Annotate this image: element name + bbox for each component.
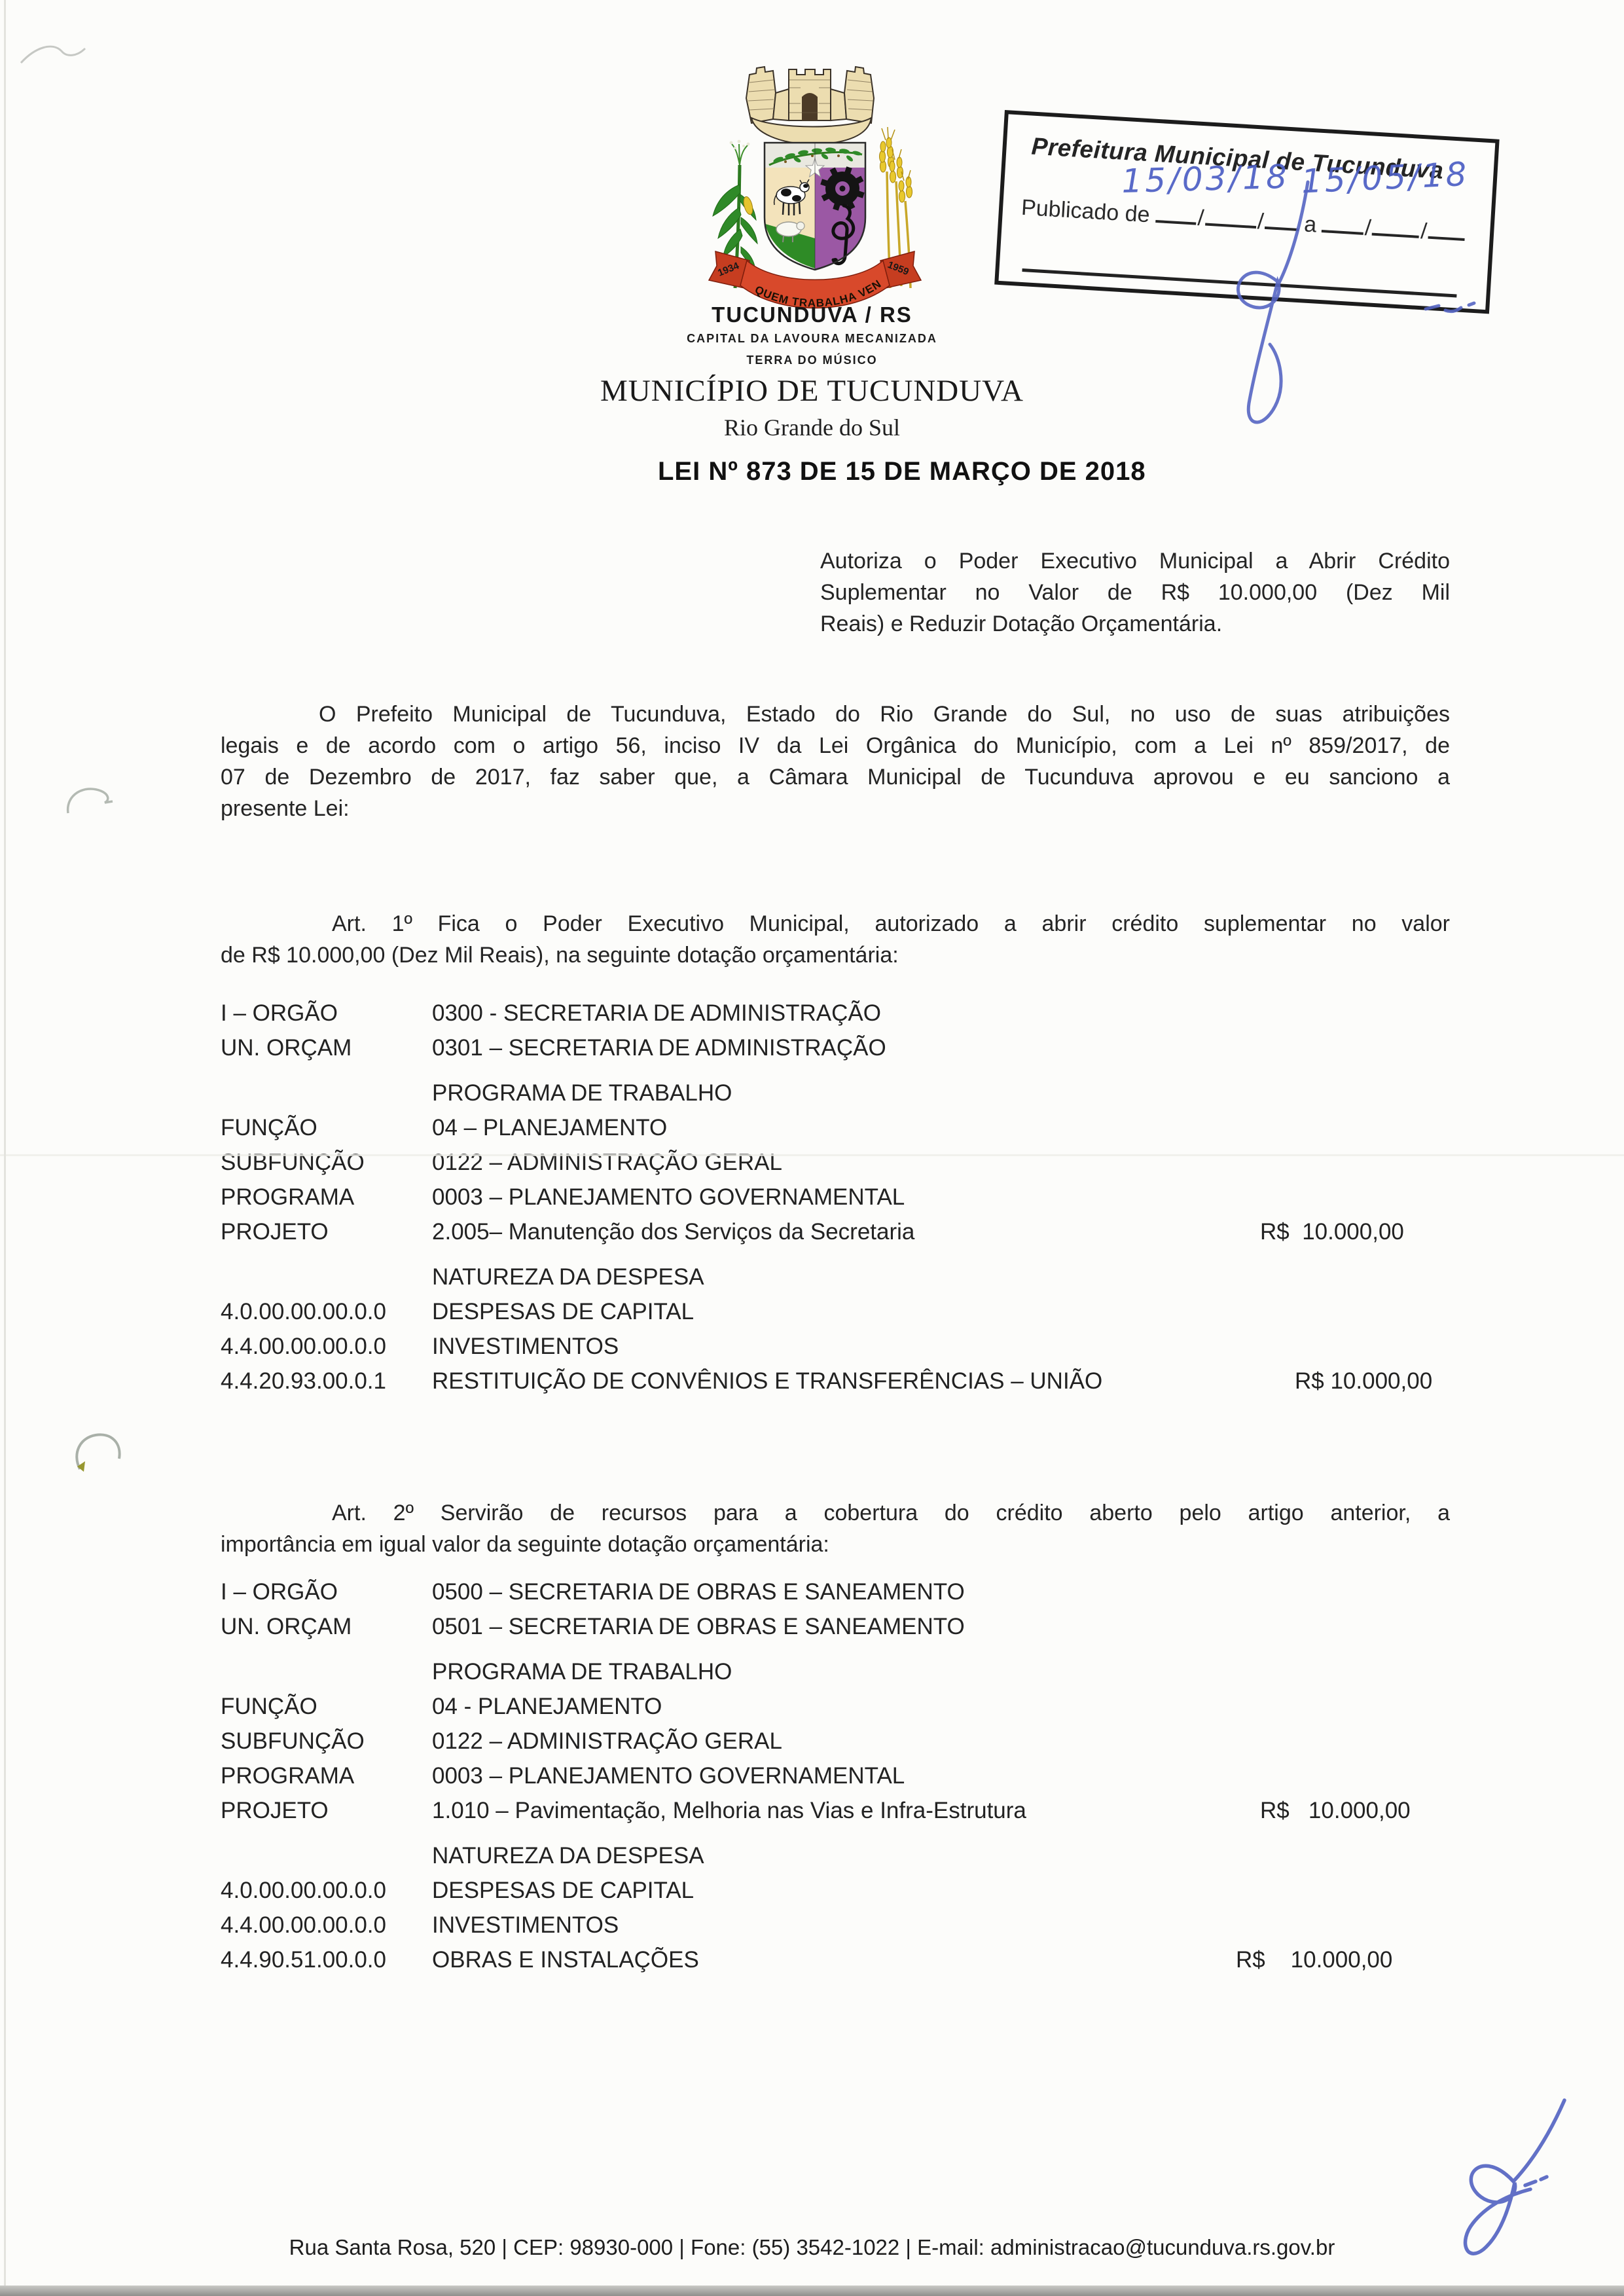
budget-section-heading: NATUREZA DA DESPESA [221,1264,1451,1297]
budget-row: FUNÇÃO04 - PLANEJAMENTO [221,1694,1451,1726]
amount-value: R$ 10.000,00 [1260,1219,1404,1245]
date-blank [1322,210,1365,235]
handwritten-date-to: 15/05/18 [1301,155,1470,201]
article-1-line: de R$ 10.000,00 (Dez Mil Reais), na segu… [221,943,1450,974]
svg-text:QUEM TRABALHA VENCE: QUEM TRABALHA VENCE [691,60,884,310]
budget-row: SUBFUNÇÃO0122 – ADMINISTRAÇÃO GERAL [221,1150,1451,1182]
amount-value: R$ 10.000,00 [1236,1947,1392,1973]
budget-section-heading: PROGRAMA DE TRABALHO [221,1080,1451,1113]
ribbon-motto: QUEM TRABALHA VENCE [691,60,884,310]
budget-row: PROGRAMA0003 – PLANEJAMENTO GOVERNAMENTA… [221,1763,1451,1796]
sheep-icon [776,222,804,242]
scan-arc [68,789,113,813]
scan-bottom-edge [0,2286,1624,2296]
budget-row: 4.0.00.00.00.0.0DESPESAS DE CAPITAL [221,1299,1451,1332]
amount-value: R$ 10.000,00 [1295,1368,1432,1394]
preamble-line: 07 de Dezembro de 2017, faz saber que, a… [221,765,1450,796]
law-title: LEI Nº 873 DE 15 DE MARÇO DE 2018 [658,457,1146,486]
gear-icon [814,160,871,217]
date-blank [1205,203,1257,228]
municipality-title: MUNICÍPIO DE TUCUNDUVA [0,373,1624,409]
date-blank [1265,207,1300,231]
scanned-law-document: QUEM TRABALHA VENCE 1934 1959 Prefeitura… [0,0,1624,2296]
budget-row: SUBFUNÇÃO0122 – ADMINISTRAÇÃO GERAL [221,1728,1451,1761]
summary-line: Suplementar no Valor de R$ 10.000,00 (De… [820,580,1450,611]
footer-address: Rua Santa Rosa, 520 | CEP: 98930-000 | F… [0,2235,1624,2260]
preamble-line: presente Lei: [221,796,1450,828]
budget-section-heading: PROGRAMA DE TRABALHO [221,1659,1451,1692]
corn-stalk-icon [713,140,757,288]
preamble-line: O Prefeito Municipal de Tucunduva, Estad… [221,702,1450,733]
preamble-line: legais e de acordo com o artigo 56, inci… [221,733,1450,765]
budget-row: 4.4.00.00.00.0.0INVESTIMENTOS [221,1334,1451,1366]
summary-line: Autoriza o Poder Executivo Municipal a A… [820,549,1450,580]
mural-crown-icon [746,67,874,145]
budget-row: I – ORGÃO0300 - SECRETARIA DE ADMINISTRA… [221,1000,1451,1033]
star-icon [806,158,824,177]
cow-icon [774,179,809,215]
shield-icon [765,143,871,270]
article-2-line: importância em igual valor da seguinte d… [221,1532,1450,1563]
treble-clef-icon [833,206,854,264]
budget-row: UN. ORÇAM0301 – SECRETARIA DE ADMINISTRA… [221,1035,1451,1068]
city-name: TUCUNDUVA / RS [0,302,1624,327]
budget-section-heading: NATUREZA DA DESPESA [221,1843,1451,1876]
article-1-line: Art. 1º Fica o Poder Executivo Municipal… [221,911,1450,943]
ribbon-year-right: 1959 [886,259,911,278]
summary-line: Reais) e Reduzir Dotação Orçamentária. [820,611,1450,643]
signature-paraph [1466,2100,1564,2253]
stamp-date-separator: a [1298,211,1322,238]
budget-row: FUNÇÃO04 – PLANEJAMENTO [221,1115,1451,1148]
amount-value: R$ 10.000,00 [1260,1798,1411,1824]
budget-row: UN. ORÇAM0501 – SECRETARIA DE OBRAS E SA… [221,1614,1451,1647]
budget-row: PROGRAMA0003 – PLANEJAMENTO GOVERNAMENTA… [221,1184,1451,1217]
scan-arc [77,1434,119,1469]
city-tagline-2: TERRA DO MÚSICO [0,354,1624,367]
scan-squiggle [21,46,85,63]
budget-row: 4.4.00.00.00.0.0INVESTIMENTOS [221,1912,1451,1945]
state-name: Rio Grande do Sul [0,414,1624,441]
budget-row: 4.4.20.93.00.0.1RESTITUIÇÃO DE CONVÊNIOS… [221,1368,1451,1401]
coat-of-arms: QUEM TRABALHA VENCE 1934 1959 [691,60,939,335]
date-blank [1155,200,1197,225]
ribbon-icon: QUEM TRABALHA VENCE 1934 1959 [691,60,921,310]
scan-left-edge [4,0,6,2296]
date-blank [1372,213,1420,238]
wheat-icon [880,127,912,288]
stamp-signature-line [1022,268,1456,297]
stamp-published-line: Publicado de //a// [1020,192,1466,247]
city-tagline-1: CAPITAL DA LAVOURA MECANIZADA [0,332,1624,346]
scan-mark [77,1461,85,1472]
budget-row: 4.0.00.00.00.0.0DESPESAS DE CAPITAL [221,1878,1451,1910]
budget-row: I – ORGÃO0500 – SECRETARIA DE OBRAS E SA… [221,1579,1451,1612]
handwritten-date-from: 15/03/18 [1121,158,1290,200]
publication-stamp: Prefeitura Municipal de Tucunduva Public… [994,110,1500,314]
date-blank [1428,217,1466,241]
article-2-line: Art. 2º Servirão de recursos para a cobe… [221,1501,1450,1532]
ribbon-year-left: 1934 [716,260,741,279]
